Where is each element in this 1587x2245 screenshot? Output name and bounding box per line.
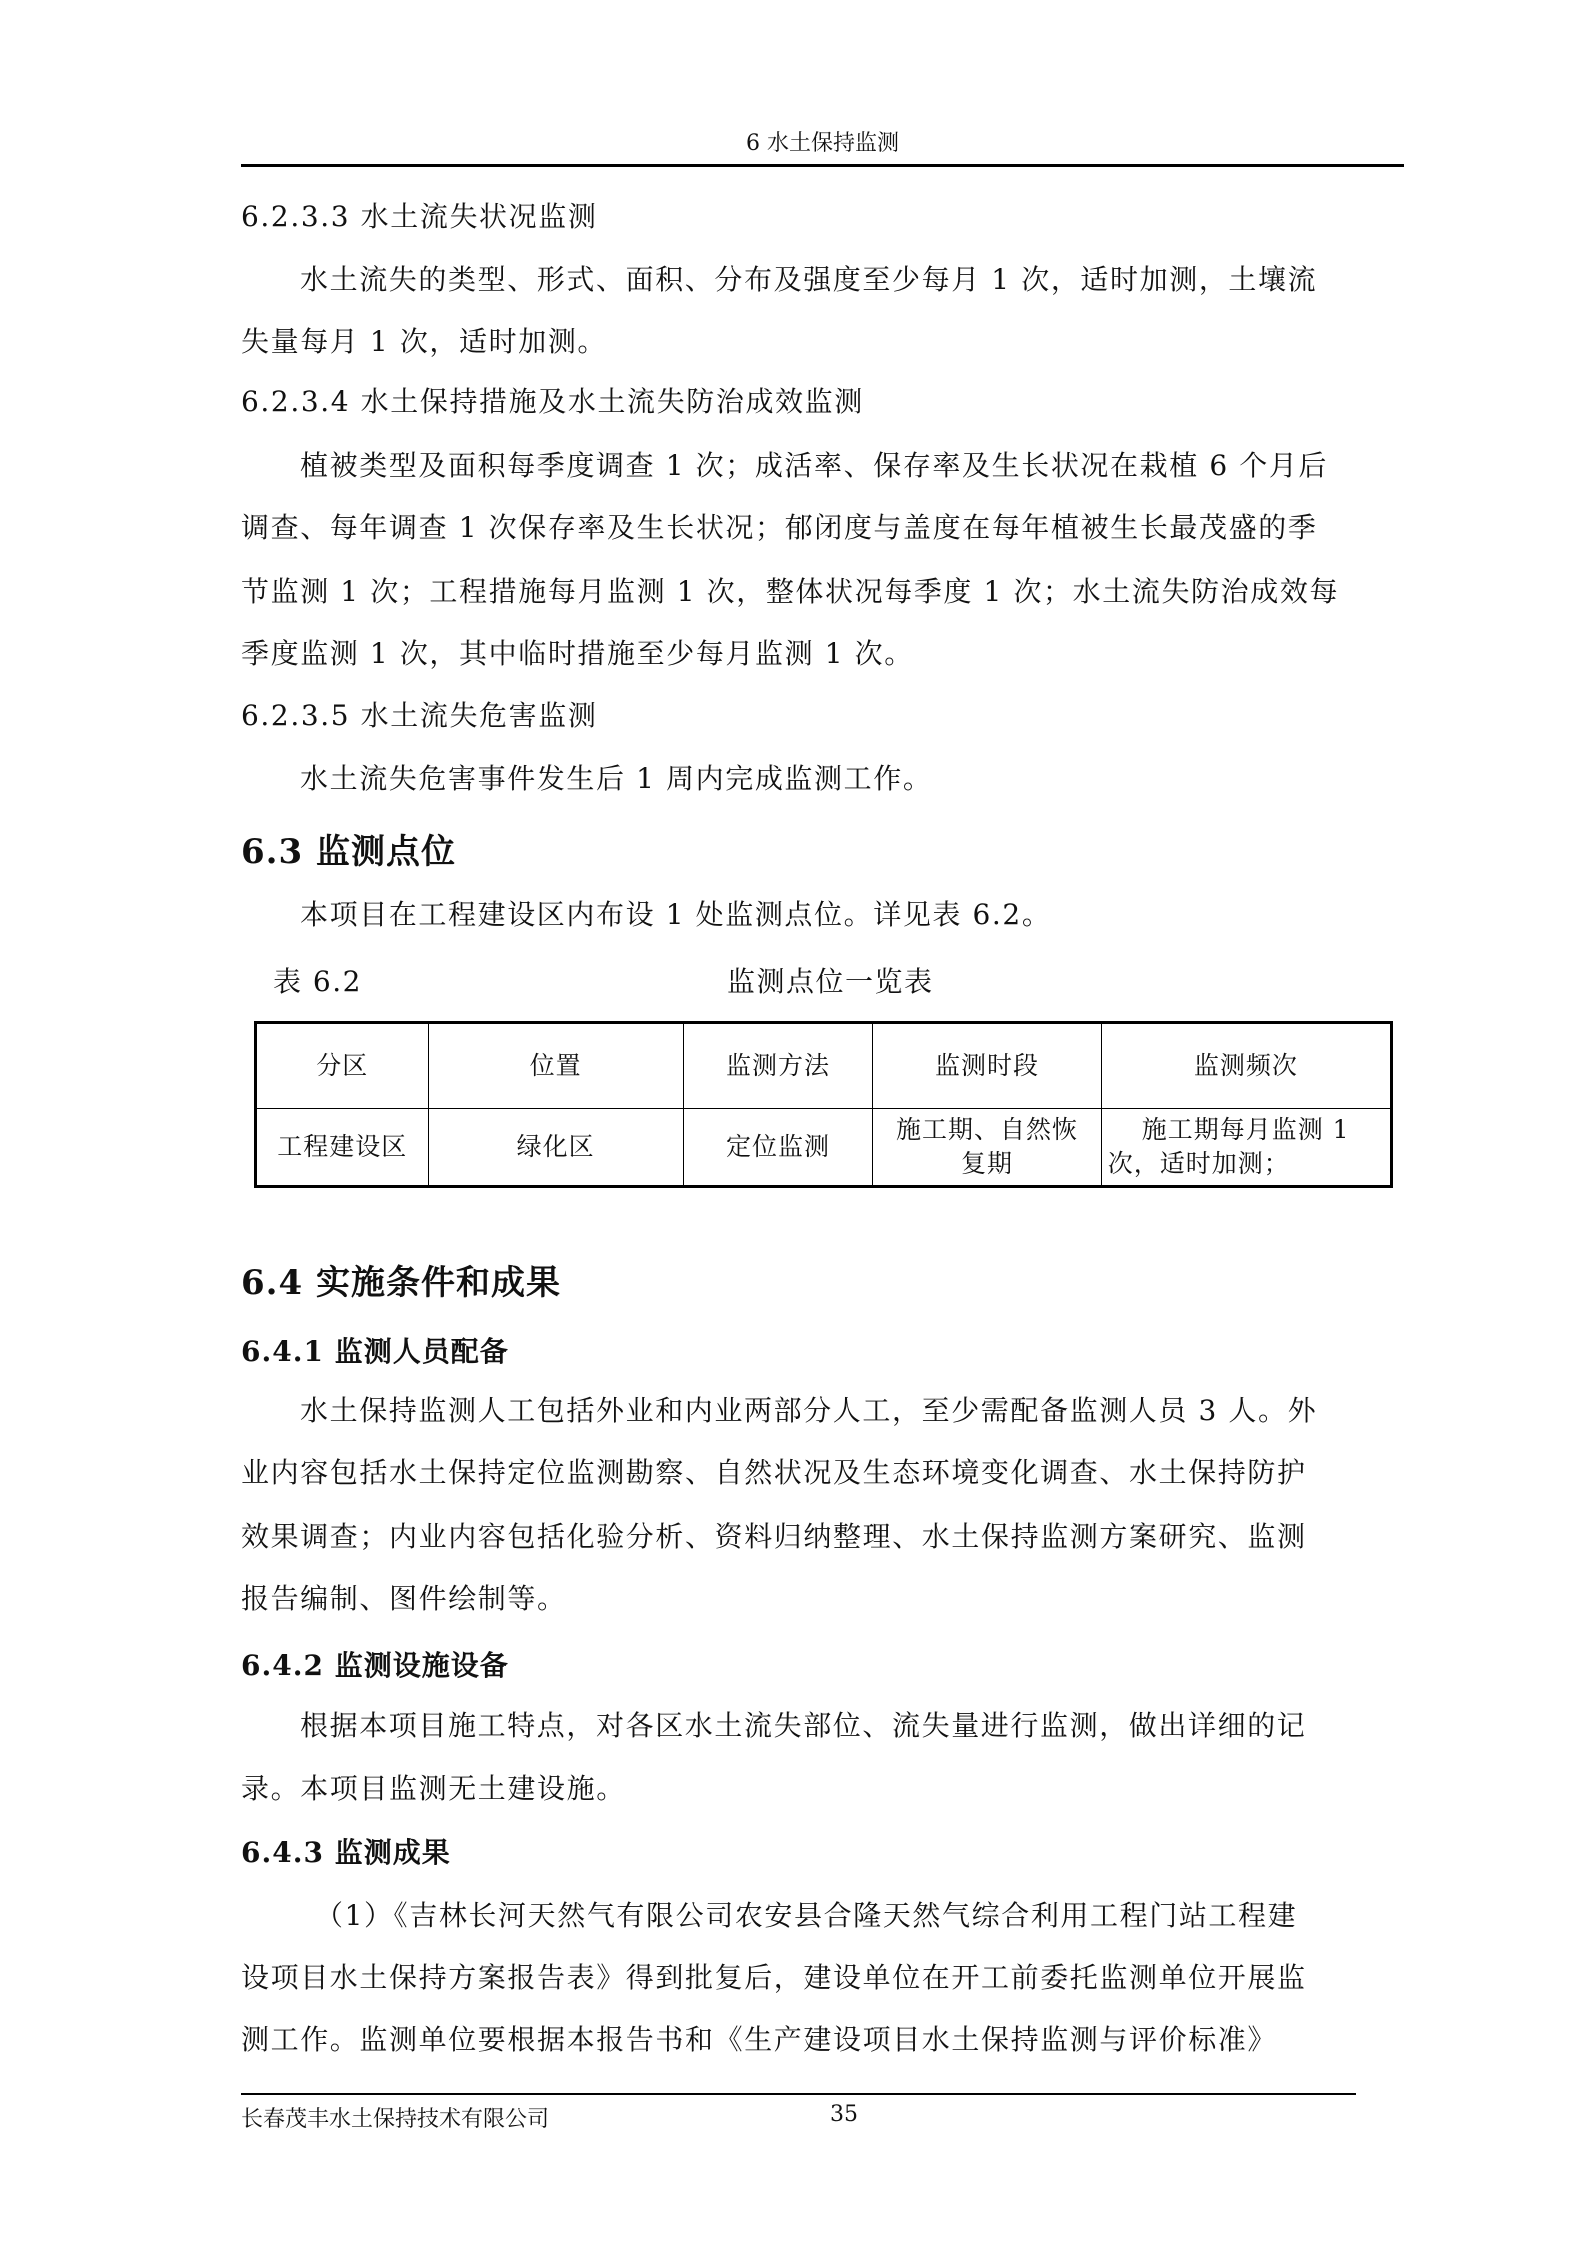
cell-frequency: 施工期每月监测 1 次，适时加测； bbox=[1101, 1109, 1391, 1187]
heading-6-4-2: 6.4.2 监测设施设备 bbox=[241, 1644, 509, 1684]
heading-6-4-1: 6.4.1 监测人员配备 bbox=[241, 1330, 509, 1370]
table-title: 监测点位一览表 bbox=[727, 960, 934, 1000]
paragraph-line: 效果调查；内业内容包括化验分析、资料归纳整理、水土保持监测方案研究、监测 bbox=[241, 1517, 1307, 1557]
heading-6-4: 6.4 实施条件和成果 bbox=[241, 1255, 561, 1304]
paragraph-line: 业内容包括水土保持定位监测勘察、自然状况及生态环境变化调查、水土保持防护 bbox=[241, 1453, 1307, 1493]
cell-period-line: 施工期、自然恢 bbox=[879, 1113, 1094, 1147]
page-number: 35 bbox=[830, 2102, 858, 2127]
paragraph-line: 设项目水土保持方案报告表》得到批复后，建设单位在开工前委托监测单位开展监 bbox=[241, 1958, 1307, 1998]
paragraph-line: 水土流失危害事件发生后 1 周内完成监测工作。 bbox=[300, 759, 932, 799]
footer-company: 长春茂丰水土保持技术有限公司 bbox=[241, 2102, 549, 2133]
col-header: 监测方法 bbox=[683, 1023, 872, 1109]
footer-rule bbox=[241, 2093, 1356, 2095]
paragraph-line: 本项目在工程建设区内布设 1 处监测点位。详见表 6.2。 bbox=[300, 895, 1051, 935]
cell-period: 施工期、自然恢 复期 bbox=[873, 1109, 1101, 1187]
col-header: 位置 bbox=[428, 1023, 683, 1109]
paragraph-line: 录。本项目监测无土建设施。 bbox=[241, 1769, 626, 1809]
paragraph-line: 节监测 1 次；工程措施每月监测 1 次，整体状况每季度 1 次；水土流失防治成… bbox=[241, 572, 1339, 612]
paragraph-line: 失量每月 1 次，适时加测。 bbox=[241, 322, 607, 362]
monitoring-points-table: 分区 位置 监测方法 监测时段 监测频次 工程建设区 绿化区 定位监测 施工期、… bbox=[254, 1021, 1393, 1188]
heading-6-3: 6.3 监测点位 bbox=[241, 824, 456, 873]
paragraph-line: 水土保持监测人工包括外业和内业两部分人工，至少需配备监测人员 3 人。外 bbox=[300, 1391, 1317, 1431]
paragraph-line: 报告编制、图件绘制等。 bbox=[241, 1579, 567, 1619]
cell-period-line: 复期 bbox=[879, 1147, 1094, 1181]
cell-frequency-line: 施工期每月监测 1 bbox=[1108, 1113, 1384, 1147]
heading-6-4-3: 6.4.3 监测成果 bbox=[241, 1831, 451, 1871]
table-row: 工程建设区 绿化区 定位监测 施工期、自然恢 复期 施工期每月监测 1 次，适时… bbox=[256, 1109, 1392, 1187]
heading-6-2-3-3: 6.2.3.3 水土流失状况监测 bbox=[241, 197, 597, 237]
table-number: 表 6.2 bbox=[273, 960, 362, 1000]
heading-6-2-3-5: 6.2.3.5 水土流失危害监测 bbox=[241, 696, 597, 736]
paragraph-line: 水土流失的类型、形式、面积、分布及强度至少每月 1 次，适时加测，土壤流 bbox=[300, 260, 1317, 300]
table-header-row: 分区 位置 监测方法 监测时段 监测频次 bbox=[256, 1023, 1392, 1109]
col-header: 监测时段 bbox=[873, 1023, 1101, 1109]
paragraph-line: （1）《吉林长河天然气有限公司农安县合隆天然气综合利用工程门站工程建 bbox=[315, 1896, 1297, 1936]
heading-6-2-3-4: 6.2.3.4 水土保持措施及水土流失防治成效监测 bbox=[241, 382, 864, 422]
page-header: 6 水土保持监测 bbox=[241, 126, 1404, 157]
paragraph-line: 根据本项目施工特点，对各区水土流失部位、流失量进行监测，做出详细的记 bbox=[300, 1706, 1306, 1746]
paragraph-line: 季度监测 1 次，其中临时措施至少每月监测 1 次。 bbox=[241, 634, 914, 674]
header-rule bbox=[241, 164, 1404, 167]
paragraph-line: 测工作。监测单位要根据本报告书和《生产建设项目水土保持监测与评价标准》 bbox=[241, 2020, 1277, 2060]
col-header: 分区 bbox=[256, 1023, 429, 1109]
cell-method: 定位监测 bbox=[683, 1109, 872, 1187]
col-header: 监测频次 bbox=[1101, 1023, 1391, 1109]
paragraph-line: 植被类型及面积每季度调查 1 次；成活率、保存率及生长状况在栽植 6 个月后 bbox=[300, 446, 1328, 486]
cell-zone: 工程建设区 bbox=[256, 1109, 429, 1187]
cell-location: 绿化区 bbox=[428, 1109, 683, 1187]
cell-frequency-line: 次，适时加测； bbox=[1108, 1147, 1384, 1181]
paragraph-line: 调查、每年调查 1 次保存率及生长状况；郁闭度与盖度在每年植被生长最茂盛的季 bbox=[241, 508, 1317, 548]
